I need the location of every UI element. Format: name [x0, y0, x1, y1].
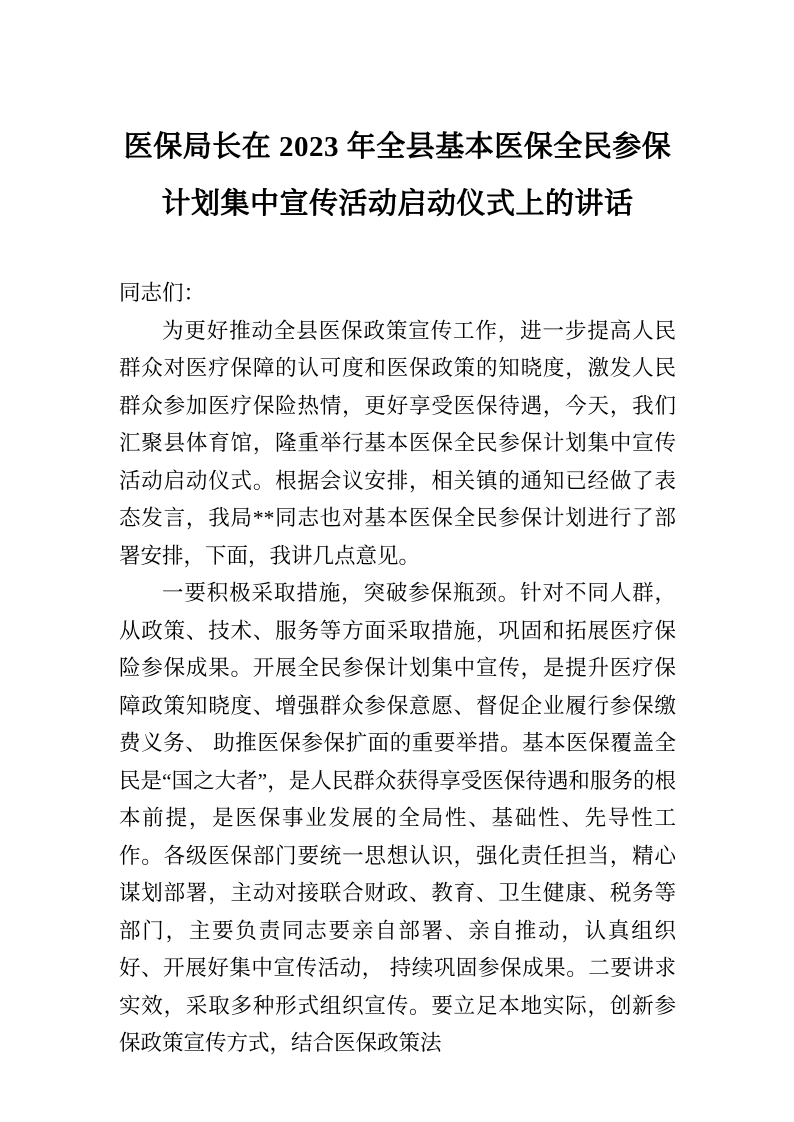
title-line-1: 医保局长在 2023 年全县基本医保全民参保: [119, 119, 676, 176]
paragraph-2: 一要积极采取措施，突破参保瓶颈。针对不同人群，从政策、技术、服务等方面采取措施，…: [119, 575, 676, 1063]
salutation: 同志们：: [119, 275, 676, 313]
document-page: 医保局长在 2023 年全县基本医保全民参保 计划集中宣传活动启动仪式上的讲话 …: [0, 0, 794, 1122]
title-line-2: 计划集中宣传活动启动仪式上的讲话: [119, 176, 676, 233]
paragraph-1: 为更好推动全县医保政策宣传工作，进一步提高人民群众对医疗保障的认可度和医保政策的…: [119, 313, 676, 576]
document-title: 医保局长在 2023 年全县基本医保全民参保 计划集中宣传活动启动仪式上的讲话: [119, 119, 676, 233]
document-body: 同志们： 为更好推动全县医保政策宣传工作，进一步提高人民群众对医疗保障的认可度和…: [119, 275, 676, 1063]
